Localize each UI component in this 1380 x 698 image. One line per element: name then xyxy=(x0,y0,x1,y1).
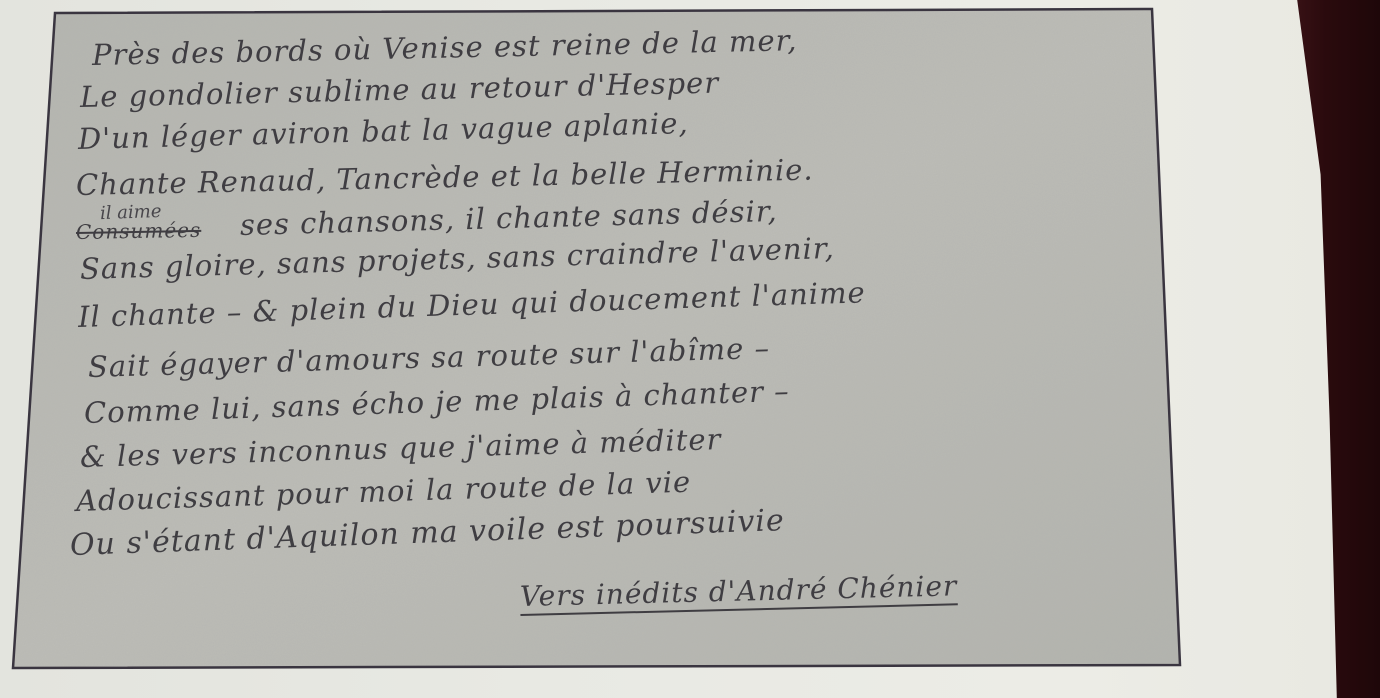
manuscript-line-4: Chante Renaud, Tancrède et la belle Herm… xyxy=(76,153,814,202)
manuscript-line-1: Près des bords où Venise est reine de la… xyxy=(92,23,798,72)
manuscript-line-9: Comme lui, sans écho je me plais à chant… xyxy=(83,374,790,430)
manuscript-line-8: Sait égayer d'amours sa route sur l'abîm… xyxy=(88,331,771,384)
signature-attribution: Vers inédits d'André Chénier xyxy=(520,569,958,613)
manuscript-line-3: D'un léger aviron bat la vague aplanie, xyxy=(78,106,689,156)
manuscript-line-7: Il chante – & plein du Dieu qui doucemen… xyxy=(77,275,866,334)
struck-word: Consumées xyxy=(76,218,202,244)
manuscript-text: Près des bords où Venise est reine de la… xyxy=(0,0,1380,698)
